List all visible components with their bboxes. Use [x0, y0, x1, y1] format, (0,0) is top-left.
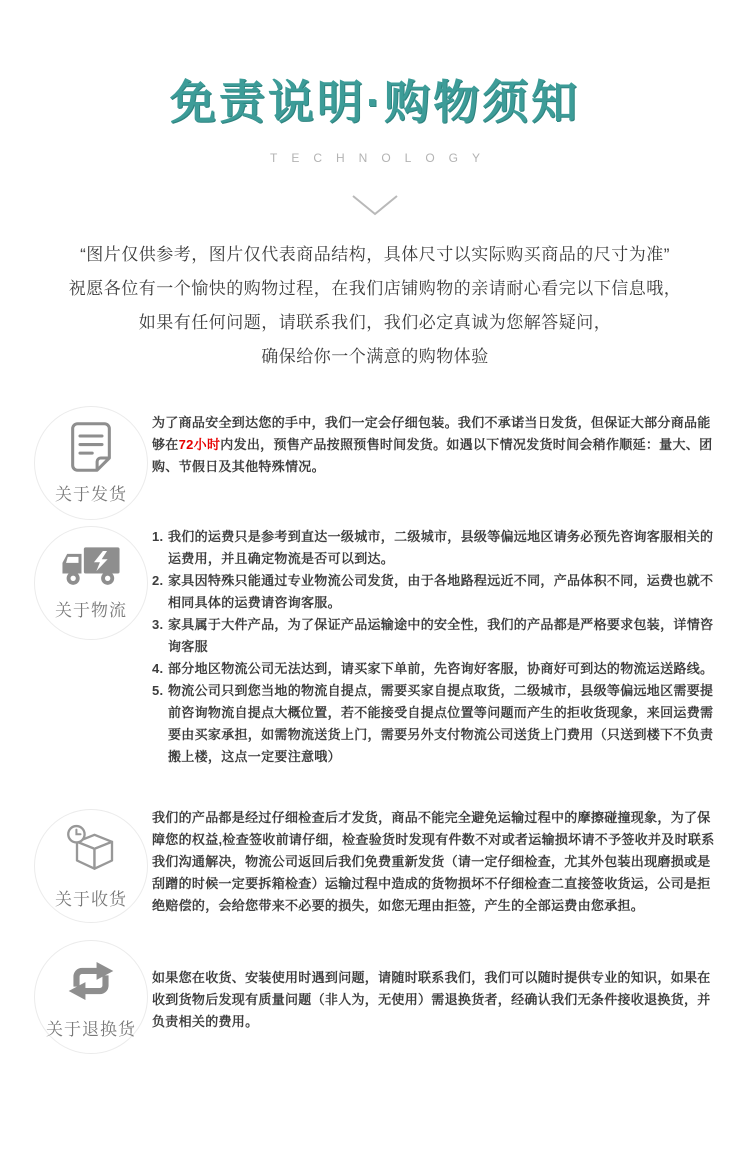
logistics-item: 1. 我们的运费只是参考到直达一级城市，二级城市，县级等偏远地区请务必预先咨询客…	[152, 526, 716, 570]
item-text: 部分地区物流公司无法达到，请买家下单前，先咨询好客服，协商好可到达的物流运送路线…	[168, 658, 716, 680]
intro-line: “图片仅供参考，图片仅代表商品结构，具体尺寸以实际购买商品的尺寸为准”	[0, 238, 750, 272]
logistics-badge: 关于物流	[34, 526, 148, 640]
item-number: 4.	[152, 658, 168, 680]
receiving-label: 关于收货	[55, 885, 127, 910]
chevron-wrap	[0, 195, 750, 222]
item-text: 家具因特殊只能通过专业物流公司发货，由于各地路程远近不同，产品体积不同，运费也就…	[168, 570, 716, 614]
shipping-text: 为了商品安全到达您的手中，我们一定会仔细包装。我们不承诺当日发货，但保证大部分商…	[152, 406, 716, 478]
returns-text: 如果您在收货、安装使用时遇到问题，请随时联系我们，我们可以随时提供专业的知识，如…	[152, 961, 716, 1033]
box-clock-icon	[60, 822, 122, 878]
returns-badge: 关于退换货	[34, 940, 148, 1054]
shipping-badge: 关于发货	[34, 406, 148, 520]
item-number: 1.	[152, 526, 168, 570]
logistics-item: 2. 家具因特殊只能通过专业物流公司发货，由于各地路程远近不同，产品体积不同，运…	[152, 570, 716, 614]
item-text: 物流公司只到您当地的物流自提点，需要买家自提点取货，二级城市，县级等偏远地区需要…	[168, 680, 716, 768]
truck-icon	[60, 545, 122, 589]
logistics-item: 3. 家具属于大件产品，为了保证产品运输途中的安全性，我们的产品都是严格要求包装…	[152, 614, 716, 658]
section-returns: 关于退换货 如果您在收货、安装使用时遇到问题，请随时联系我们，我们可以随时提供专…	[34, 940, 716, 1054]
shipping-label: 关于发货	[55, 480, 127, 505]
logistics-item: 5. 物流公司只到您当地的物流自提点，需要买家自提点取货，二级城市，县级等偏远地…	[152, 680, 716, 768]
chevron-down-icon	[352, 204, 398, 221]
intro-paragraph: “图片仅供参考，图片仅代表商品结构，具体尺寸以实际购买商品的尺寸为准” 祝愿各位…	[0, 238, 750, 374]
document-icon	[69, 421, 113, 473]
logistics-item: 4. 部分地区物流公司无法达到，请买家下单前，先咨询好客服，协商好可到达的物流运…	[152, 658, 716, 680]
notice-sections: 关于发货 为了商品安全到达您的手中，我们一定会仔细包装。我们不承诺当日发货，但保…	[34, 406, 716, 1054]
section-receiving: 关于收货 我们的产品都是经过仔细检查后才发货，商品不能完全避免运输过程中的摩擦碰…	[34, 801, 716, 923]
page-header: 免责说明·购物须知 TECHNOLOGY	[0, 0, 750, 222]
intro-line: 祝愿各位有一个愉快的购物过程，在我们店铺购物的亲请耐心看完以下信息哦，	[0, 272, 750, 306]
section-logistics: 关于物流 1. 我们的运费只是参考到直达一级城市，二级城市，县级等偏远地区请务必…	[34, 526, 716, 768]
section-shipping: 关于发货 为了商品安全到达您的手中，我们一定会仔细包装。我们不承诺当日发货，但保…	[34, 406, 716, 520]
disclaimer-page: 免责说明·购物须知 TECHNOLOGY “图片仅供参考，图片仅代表商品结构，具…	[0, 0, 750, 1154]
returns-label: 关于退换货	[46, 1015, 136, 1040]
item-text: 我们的运费只是参考到直达一级城市，二级城市，县级等偏远地区请务必预先咨询客服相关…	[168, 526, 716, 570]
item-number: 2.	[152, 570, 168, 614]
page-subtitle: TECHNOLOGY	[0, 151, 750, 165]
shipping-text-after: 内发出，预售产品按照预售时间发货。如遇以下情况发货时间会稍作顺延：量大、团购、节…	[152, 437, 712, 474]
receiving-text: 我们的产品都是经过仔细检查后才发货，商品不能完全避免运输过程中的摩擦碰撞现象，为…	[152, 801, 716, 917]
intro-line: 如果有任何问题，请联系我们，我们必定真诚为您解答疑问，	[0, 306, 750, 340]
page-title: 免责说明·购物须知	[0, 76, 750, 129]
logistics-label: 关于物流	[55, 596, 127, 621]
shipping-text-highlight: 72小时	[179, 437, 221, 452]
swap-arrows-icon	[62, 954, 120, 1008]
receiving-badge: 关于收货	[34, 809, 148, 923]
intro-line: 确保给你一个满意的购物体验	[0, 340, 750, 374]
item-number: 3.	[152, 614, 168, 658]
item-number: 5.	[152, 680, 168, 768]
logistics-text: 1. 我们的运费只是参考到直达一级城市，二级城市，县级等偏远地区请务必预先咨询客…	[152, 526, 716, 768]
item-text: 家具属于大件产品，为了保证产品运输途中的安全性，我们的产品都是严格要求包装，详情…	[168, 614, 716, 658]
